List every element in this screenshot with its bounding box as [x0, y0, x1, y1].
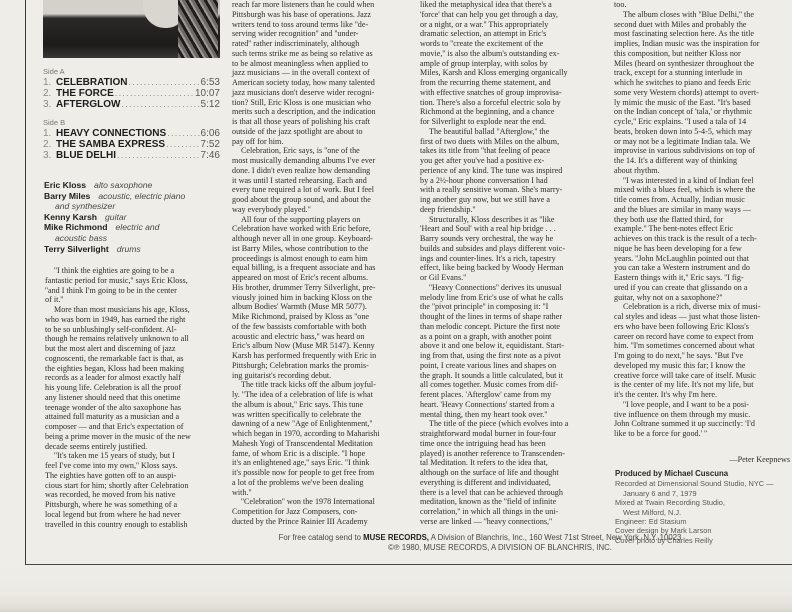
track-number: 2. [43, 139, 56, 150]
text-line: ing guitarist's recording debut. [232, 371, 410, 381]
text-line: or a night, or a war.'' This appropriate… [420, 20, 600, 30]
text-line: the ''pivot principle'' in composing it:… [420, 302, 600, 312]
page-bottom-margin [0, 565, 792, 612]
track-item: 1. CELEBRATION .........................… [43, 77, 220, 88]
text-line: which began in 1970, according to Mahari… [232, 429, 410, 439]
text-line: ''I think the eighties are going to be a [45, 266, 223, 276]
text-line: Karsh has performed frequently with Eric… [232, 351, 410, 361]
text-line: meditation, known as the ''field of infi… [420, 497, 600, 507]
track-number: 2. [43, 88, 56, 99]
text-line: to be so unblushingly self-confident. Al… [45, 325, 223, 335]
text-line: it's the center. It's why I'm here. [614, 390, 792, 400]
text-line: teenage wonder of the alto saxophone has [45, 403, 223, 413]
text-line: acoustic and electric bass,'' was heard … [232, 332, 410, 342]
text-line: Miles (heard on synthesizer throughout t… [614, 59, 792, 69]
text-line: ferent places. 'Afterglow' came from my [420, 390, 600, 400]
text-line: was written specifically to celebrate th… [232, 410, 410, 420]
copyright-line: ©℗ 1980, MUSE RECORDS, A DIVISION OF BLA… [180, 543, 780, 553]
text-line: dramatic selection, an attempt in Eric's [420, 29, 600, 39]
personnel-item: Mike Richmondelectric and acoustic bass [44, 222, 224, 243]
text-line: and the blues are similar in many ways — [614, 205, 792, 215]
text-line: this composition, but neither Kloss nor [614, 49, 792, 59]
track-item: 2. THE FORCE ...........................… [43, 88, 220, 99]
musician-name: Barry Miles [44, 191, 90, 201]
text-line: liked the metaphysical idea that there's… [420, 0, 600, 10]
text-line: it's an enlightened age,'' says Eric. ''… [232, 458, 410, 468]
text-line: The title of the piece (which evolves in… [420, 419, 600, 429]
track-item: 1. HEAVY CONNECTIONS ...................… [43, 128, 220, 139]
track-number: 3. [43, 99, 56, 110]
text-line: although on the surface of life and thou… [420, 468, 600, 478]
text-line: album Bodies' Warmth (Muse MR 5077). [232, 302, 410, 312]
text-line: improvise in various subdivisions on top… [614, 146, 792, 156]
personnel-item: Eric Klossalto saxophone [44, 180, 224, 191]
text-line: Celebration, Eric says, is ''one of the [232, 146, 410, 156]
text-line: was recorded, he moved from his native [45, 490, 223, 500]
text-line: effect, like being backed by Woody Herma… [420, 263, 600, 273]
tracklist: Side A 1. CELEBRATION ..................… [43, 67, 220, 161]
text-line: American society today, how many talente… [232, 78, 410, 88]
text-line: ings and counter-lines. It's a rich, tap… [420, 254, 600, 264]
text-line: but the most alert and discerning of jaz… [45, 344, 223, 354]
leader-dots: .................................... [121, 99, 199, 110]
musician-instrument: acoustic, electric piano [98, 191, 185, 201]
text-column-1: ''I think the eighties are going to be a… [45, 266, 223, 529]
text-line: example.'' The bent-notes effect Eric [614, 224, 792, 234]
text-line: I'm going to do next,'' he says. ''But I… [614, 351, 792, 361]
mixed-credit: Mixed at Twain Recording Studio, [615, 498, 792, 507]
text-line: or may not be a legitimate Indian tala. … [614, 137, 792, 147]
text-line: ured if you can create that glissando on… [614, 283, 792, 293]
text-line: on the Indian concept of 'tala,' or rhyt… [614, 107, 792, 117]
text-line: with.'' [232, 488, 410, 498]
text-line: it's possible now for people to get free… [232, 468, 410, 478]
text-line: composer — and that Eric's expectation o… [45, 422, 223, 432]
text-line: cognoscenti, the remarkable fact is that… [45, 354, 223, 364]
text-line: to be almost meaningless when applied to [232, 59, 410, 69]
track-item: 3. BLUE DELHI ..........................… [43, 150, 220, 161]
text-line: perience of any kind. The tune was inspi… [420, 166, 600, 176]
track-number: 1. [43, 77, 56, 88]
musician-name: Mike Richmond [44, 222, 108, 232]
text-line: rated'' rather indiscriminately, althoug… [232, 39, 410, 49]
text-line: good about the group sound, and about th… [232, 195, 410, 205]
track-item: 2. THE SAMBA EXPRESS ...................… [43, 139, 220, 150]
text-line: ers who have been following Eric Kloss's [614, 322, 792, 332]
text-line: though he remains relatively unknown to … [45, 334, 223, 344]
text-line: second duet with Miles and probably the [614, 20, 792, 30]
text-line: viously joined him in backing Kloss on t… [232, 293, 410, 303]
text-line: writers tend to toss around terms like '… [232, 20, 410, 30]
text-line: ducted by the Prince Rainier III Academy [232, 517, 410, 527]
text-line: verse are linked — ''heavy connections,'… [420, 517, 600, 527]
text-line: ''Heavy Connections'' derives its unusua… [420, 283, 600, 293]
catalog-line: For free catalog send to MUSE RECORDS, A… [180, 533, 780, 543]
text-line: of the few bassists comfortable with bot… [232, 322, 410, 332]
text-line: any listener should need that this oneti… [45, 393, 223, 403]
author-signature: —Peter Keepnews [640, 455, 790, 464]
text-line: played) is another reference to Transcen… [420, 449, 600, 459]
text-line: ''I love people, and I want to be a posi… [614, 400, 792, 410]
text-line: correlation,'' in which all things in th… [420, 507, 600, 517]
label-footer: For free catalog send to MUSE RECORDS, A… [180, 533, 780, 553]
side-a-label: Side A [43, 67, 220, 76]
text-line: fantastic period for music,'' says Eric … [45, 276, 223, 286]
text-line: The beautiful ballad ''Afterglow,'' the [420, 127, 600, 137]
track-time: 10:07 [195, 88, 220, 99]
leader-dots: .................................... [115, 88, 194, 99]
text-line: words to ''create the excitement of the [420, 39, 600, 49]
text-line: The eighties have gotten off to an auspi… [45, 471, 223, 481]
recorded-credit: Recorded at Dimensional Sound Studio, NY… [615, 479, 792, 488]
leader-dots: .................................... [117, 150, 200, 161]
text-line: done. I didn't even realize how demandin… [232, 166, 410, 176]
text-line: implies, Indian music was the inspiratio… [614, 39, 792, 49]
catalog-prefix: For free catalog send to [279, 533, 364, 542]
musician-name: Terry Silverlight [44, 244, 109, 254]
text-line: point, I create various lines and shapes… [420, 361, 600, 371]
text-line: way everybody played.'' [232, 205, 410, 215]
text-line: is the center of my life. It's not my li… [614, 380, 792, 390]
text-line: who was born in 1949, has earned the rig… [45, 315, 223, 325]
text-line: thought of the lines in terms of shape r… [420, 312, 600, 322]
text-line: tion. There's also a forceful electric s… [420, 98, 600, 108]
musician-name: Eric Kloss [44, 180, 86, 190]
text-line: him. ''I'm sometimes concerned about wha… [614, 341, 792, 351]
text-line: beats, broken down into 5-4-5, which may [614, 127, 792, 137]
text-line: most musically demanding albums I've eve… [232, 156, 410, 166]
text-line: records as a leader for almost exactly h… [45, 373, 223, 383]
text-line: years. ''John McLaughlin pointed out tha… [614, 254, 792, 264]
side-a: Side A 1. CELEBRATION ..................… [43, 67, 220, 110]
text-line: the album is about,'' Eric says. This tu… [232, 400, 410, 410]
text-line: proceedings is almost enough to earn him [232, 254, 410, 264]
leader-dots: .................................... [166, 139, 199, 150]
text-line: jazz musicians — in the overall context … [232, 68, 410, 78]
text-line: career on record have come to expect fro… [614, 332, 792, 342]
text-line: Structurally, Kloss describes it as ''li… [420, 215, 600, 225]
text-line: developed my music this far; I know the [614, 361, 792, 371]
side-b-label: Side B [43, 118, 220, 127]
text-line: ample of group interplay, with solos by [420, 59, 600, 69]
text-line: John Coltrane summed it up succinctly: '… [614, 419, 792, 429]
text-line: tion? Still, Eric Kloss is one musician … [232, 98, 410, 108]
text-line: tal Meditation. It refers to the idea th… [420, 458, 600, 468]
text-column-2: reach far more listeners than he could w… [232, 0, 410, 527]
text-line: decade seems entirely justified. [45, 442, 223, 452]
text-line: mental thing, then my heart took over.'' [420, 410, 600, 420]
text-line: Barry sounds very orchestral, the way he [420, 234, 600, 244]
text-line: everything is different and individuated… [420, 478, 600, 488]
text-line: you get after you've had a positive ex- [420, 156, 600, 166]
left-border-rule [25, 0, 26, 565]
text-column-4: too.The album closes with ''Blue Delhi,'… [614, 0, 792, 439]
track-title: AFTERGLOW [56, 99, 120, 110]
text-line: most fascinating selection here. As the … [614, 29, 792, 39]
text-line: Eric's album Now (Muse MR 5147). Kenny [232, 341, 410, 351]
personnel-item: Kenny Karshguitar [44, 212, 224, 223]
musician-name: Kenny Karsh [44, 212, 97, 222]
text-line: above it and one below it, equidistant. … [420, 341, 600, 351]
text-line: Pittsburgh; Celebration marks the promis… [232, 361, 410, 371]
text-line: for Silverlight to explode near the end. [420, 117, 600, 127]
track-title: THE FORCE [56, 88, 114, 99]
text-line: ing another guy now, but we still have a [420, 195, 600, 205]
text-line: by a 2½-hour phone conversation I had [420, 176, 600, 186]
text-line: Miles, Karsh and Kloss emerging organica… [420, 68, 600, 78]
text-line: travelled in this country enough to esta… [45, 520, 223, 530]
text-line: although never all in one group. Keyboar… [232, 234, 410, 244]
text-line: ''and I think I'm going to be in the cen… [45, 286, 223, 296]
text-line: guitar, why not on a saxophone?'' [614, 293, 792, 303]
text-line: equal billing, is a frequent associate a… [232, 263, 410, 273]
text-line: track, except for a stunning interlude i… [614, 68, 792, 78]
text-line: they both use the flatted third, for [614, 215, 792, 225]
mixed-location: West Milford, N.J. [615, 508, 792, 517]
text-column-3: liked the metaphysical idea that there's… [420, 0, 600, 527]
track-number: 3. [43, 150, 56, 161]
text-line: mixed with a blues feel, which is where … [614, 185, 792, 195]
text-line: as a point on a graph, with another poin… [420, 332, 600, 342]
track-time: 6:06 [201, 128, 220, 139]
text-line: ''Celebration'' won the 1978 Internation… [232, 497, 410, 507]
personnel-item: Barry Milesacoustic, electric piano and … [44, 191, 224, 212]
track-title: THE SAMBA EXPRESS [56, 139, 165, 150]
text-line: such terms strike me as being so relativ… [232, 49, 410, 59]
text-line: it was until I started rehearsing. Each … [232, 176, 410, 186]
text-line: is that all those years of polishing his… [232, 117, 410, 127]
text-line: Richmond at the beginning, and a chance [420, 107, 600, 117]
text-line: all comes together. Music comes from dif… [420, 380, 600, 390]
musician-instrument-continued: and synthesizer [44, 201, 224, 212]
track-title: HEAVY CONNECTIONS [56, 128, 166, 139]
photo-shirt-region [43, 0, 153, 14]
text-line: feel I've come into my own,'' Kloss says… [45, 461, 223, 471]
text-line: the graph. It sounds a little calculated… [420, 371, 600, 381]
text-line: or Gil Evans.'' [420, 273, 600, 283]
text-line: ''It's taken me 15 years of study, but I [45, 451, 223, 461]
musician-instrument: alto saxophone [94, 180, 152, 190]
text-line: ''I was interested in a kind of Indian f… [614, 176, 792, 186]
track-item: 3. AFTERGLOW ...........................… [43, 99, 220, 110]
text-line: pay off for him. [232, 137, 410, 147]
photo-saxophone-region [178, 0, 218, 58]
text-line: ing from that, using the first note as a… [420, 351, 600, 361]
text-line: a lot of the problems we've been dealing [232, 478, 410, 488]
musician-instrument: electric and [116, 222, 160, 232]
track-time: 6:53 [201, 77, 220, 88]
text-line: time once the intriguing head has been [420, 439, 600, 449]
text-line: cal styles and ideas — just what those l… [614, 312, 792, 322]
text-line: Eastern things with it,'' Eric says. ''I… [614, 273, 792, 283]
text-line: like to be a force for good.' '' [614, 429, 792, 439]
text-line: achieves on this track is the result of … [614, 234, 792, 244]
text-line: local legend but from where he had never [45, 510, 223, 520]
text-line: Pittsburgh was his base of operations. J… [232, 10, 410, 20]
recorded-date: January 6 and 7, 1979 [615, 489, 792, 498]
text-line: attained full maturity as a musician and… [45, 412, 223, 422]
text-line: reach far more listeners than he could w… [232, 0, 410, 10]
text-line: ly. ''The idea of a celebration of life … [232, 390, 410, 400]
text-line: Celebration have worked with Eric before… [232, 224, 410, 234]
text-line: than melodic concept. Picture the first … [420, 322, 600, 332]
text-line: there is a level that can be achieved th… [420, 488, 600, 498]
track-time: 5:12 [201, 99, 220, 110]
text-line: appeared on most of Eric's recent albums… [232, 273, 410, 283]
text-line: merits such a description, and the indic… [232, 107, 410, 117]
text-line: which he switches to piano and feeds Eri… [614, 78, 792, 88]
text-line: of it.'' [45, 295, 223, 305]
musician-instrument: guitar [105, 212, 127, 222]
text-line: some very Western chords) attempt to ove… [614, 88, 792, 98]
text-line: Competition for Jazz Composers, con- [232, 507, 410, 517]
text-line: from the recurring theme statement, and [420, 78, 600, 88]
producer-credit: Produced by Michael Cuscuna [615, 469, 792, 478]
text-line: melody line from Eric's use of what he c… [420, 293, 600, 303]
text-line: The album closes with ''Blue Delhi,'' th… [614, 10, 792, 20]
text-line: the 14. It's a different way of thinking [614, 156, 792, 166]
text-line: the eighties began, Kloss had been makin… [45, 364, 223, 374]
side-b: Side B 1. HEAVY CONNECTIONS ............… [43, 118, 220, 161]
text-line: His brother, drummer Terry Silverlight, … [232, 283, 410, 293]
text-line: Mahesh Yogi of Transcendental Meditation [232, 439, 410, 449]
text-line: with a really sensitive woman. She's mar… [420, 185, 600, 195]
cover-photo-saxophonist [43, 0, 220, 58]
track-number: 1. [43, 128, 56, 139]
track-title: CELEBRATION [56, 77, 127, 88]
text-line: Mike Richmond, praised by Kloss as ''one [232, 312, 410, 322]
leader-dots: .................................... [167, 128, 199, 139]
text-line: Pittsburgh, where he was something of a [45, 500, 223, 510]
text-line: Celebration is a rich, diverse mix of mu… [614, 302, 792, 312]
text-line: All four of the supporting players on [232, 215, 410, 225]
text-line: cious start for him; shortly after Celeb… [45, 481, 223, 491]
text-line: movie,'' is also the album's outstanding… [420, 49, 600, 59]
personnel-item: Terry Silverlightdrums [44, 244, 224, 255]
musician-instrument-continued: acoustic bass [44, 233, 224, 244]
text-line: nique he has been developing for a few [614, 244, 792, 254]
track-title: BLUE DELHI [56, 150, 116, 161]
text-line: cycle,'' Eric explains. ''I used a tala … [614, 117, 792, 127]
track-time: 7:52 [201, 139, 220, 150]
label-brand: MUSE RECORDS, [363, 533, 429, 542]
text-line: deep friendship.'' [420, 205, 600, 215]
text-line: about rhythm. [614, 166, 792, 176]
engineer-credit: Engineer: Ed Stasium [615, 517, 792, 526]
text-line: jazz musicians don't deserve wider recog… [232, 88, 410, 98]
text-line: his young life. Celebration is all the p… [45, 383, 223, 393]
text-line: too. [614, 0, 792, 10]
text-line: being a prime mover in the music of the … [45, 432, 223, 442]
personnel-list: Eric Klossalto saxophone Barry Milesacou… [44, 180, 224, 254]
text-line: takes its title from ''that feeling of p… [420, 146, 600, 156]
catalog-address: A Division of Blanchris, Inc., 160 West … [429, 533, 681, 542]
text-line: serving wider recognition'' and ''under- [232, 29, 410, 39]
text-line: title comes from. Actually, Indian music [614, 195, 792, 205]
text-line: 'force' that can help you get through a … [420, 10, 600, 20]
text-line: outside of the jazz spotlight are about … [232, 127, 410, 137]
text-line: 'Heart and Soul' with a real hip bridge … [420, 224, 600, 234]
text-line: dawning of a new ''Age of Enlightenment,… [232, 419, 410, 429]
text-line: with effective snatches of group improvi… [420, 88, 600, 98]
text-line: straightforward modal burner in four-fou… [420, 429, 600, 439]
text-line: fame, of whom Eric is a disciple. ''I ho… [232, 449, 410, 459]
leader-dots: .................................... [128, 77, 199, 88]
text-line: The title track kicks off the album joyf… [232, 380, 410, 390]
text-line: builds and subsides and plays different … [420, 244, 600, 254]
text-line: heart. 'Heavy Connections' started from … [420, 400, 600, 410]
text-line: tive influence on them through my music. [614, 410, 792, 420]
track-time: 7:46 [201, 150, 220, 161]
text-line: creative force will take care of itself.… [614, 371, 792, 381]
text-line: first of two duets with Miles on the alb… [420, 137, 600, 147]
liner-notes-page: Side A 1. CELEBRATION ..................… [0, 0, 792, 612]
text-line: ist Barry Miles, whose contribution to t… [232, 244, 410, 254]
text-line: you can take a Western instrument and do [614, 263, 792, 273]
text-line: every tune required a lot of work. But I… [232, 185, 410, 195]
musician-instrument: drums [117, 244, 141, 254]
text-line: More than most musicians his age, Kloss, [45, 305, 223, 315]
text-line: ly mimic the music of the East. ''It's b… [614, 98, 792, 108]
